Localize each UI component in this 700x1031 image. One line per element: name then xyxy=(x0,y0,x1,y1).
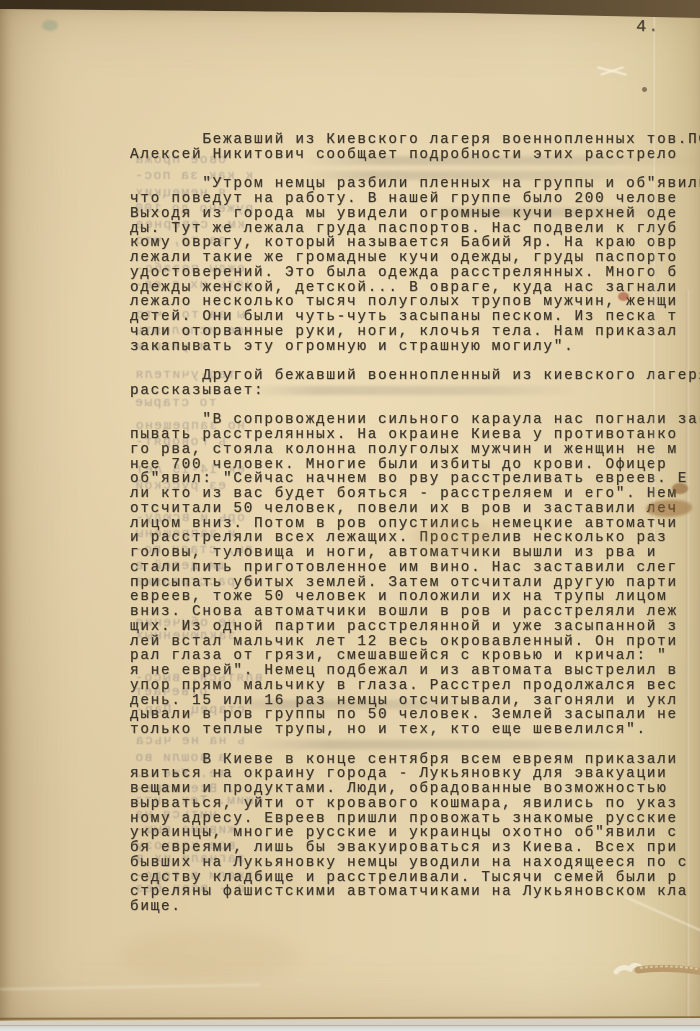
text-line: В Киеве в конце сентября всем евреям при… xyxy=(130,753,700,768)
text-line: Выходя из города мы увидели огромные куч… xyxy=(130,207,700,222)
text-line: стреляны фашистскими автоматчиками на Лу… xyxy=(130,885,700,900)
text-line: явиться на окраину города - Лукьяновку д… xyxy=(130,767,700,782)
typewritten-text: Бежавший из Киевского лагеря военнопленн… xyxy=(130,133,700,915)
text-line: головы, туловища и ноги, автоматчики выш… xyxy=(130,546,700,561)
scratch-mark xyxy=(597,63,627,79)
green-smudge xyxy=(42,20,58,31)
soft-stain xyxy=(410,520,500,554)
text-line: "В сопровождении сильного караула нас по… xyxy=(130,413,700,428)
text-line: только теплые трупы, но и тех, кто еще ш… xyxy=(130,723,700,738)
brown-stain-small xyxy=(672,483,688,494)
text-line: вырваться, уйти от кровавого кошмара, яв… xyxy=(130,797,700,812)
paragraph: Бежавший из Киевского лагеря военнопленн… xyxy=(130,133,700,163)
red-stain xyxy=(618,292,629,301)
text-line: Алексей Никитович сообщает подробности э… xyxy=(130,148,700,163)
paragraph: Другой бежавший военнопленный из киевско… xyxy=(130,369,700,399)
paragraph: "В сопровождении сильного караула нас по… xyxy=(130,413,700,738)
pink-paint-mark xyxy=(587,0,596,10)
text-line: я не еврей". Немец подбежал и из автомат… xyxy=(130,664,700,679)
text-line: присыпать убитых землей. Затем отсчитали… xyxy=(130,576,700,591)
text-line: бя евреями, лишь бы эвакуироваться из Ки… xyxy=(130,841,700,856)
text-line: бывших на Лукьяновку немцы уводили на на… xyxy=(130,856,700,871)
text-line: рассказывает: xyxy=(130,384,700,399)
text-line: чали оторванные руки, ноги, клочья тела.… xyxy=(130,325,700,340)
soft-stain xyxy=(120,930,300,980)
text-line: закапывать эту огромную и страшную могил… xyxy=(130,340,700,355)
text-line: бище. xyxy=(130,900,700,915)
text-line: рал глаза от грязи, смешавшейся с кровью… xyxy=(130,649,700,664)
text-line: вещами и продуктами. Люди, обрадованные … xyxy=(130,782,700,797)
text-line: отсчитали 50 человек, повели их в ров и … xyxy=(130,502,700,517)
text-line: щих. Из одной партии расстрелянной и уже… xyxy=(130,620,700,635)
text-line: удостоверений. Это была одежда расстреля… xyxy=(130,266,700,281)
vertical-crease xyxy=(653,0,656,540)
bottom-wrinkle xyxy=(0,984,260,991)
right-edge-fold xyxy=(686,290,689,1030)
text-line: детей. Они были чуть-чуть засыпаны песко… xyxy=(130,310,700,325)
text-line: вниз. Снова автоматчики вошли в ров и ра… xyxy=(130,605,700,620)
paper-thread xyxy=(610,956,700,990)
page-number: 4. xyxy=(636,18,660,37)
text-line: упор прямо мальчику в глаза. Расстрел пр… xyxy=(130,679,700,694)
under-sheet-edge xyxy=(0,1025,700,1031)
text-line: украинцы, многие русские и украинцы охот… xyxy=(130,826,700,841)
text-line: об"явил: "Сейчас начнем во рву расстрели… xyxy=(130,472,700,487)
text-line: евреев, тоже 50 человек и положили их на… xyxy=(130,590,700,605)
paragraph: В Киеве в конце сентября всем евреям при… xyxy=(130,753,700,915)
text-line: лежало несколько тысяч полуголых трупов … xyxy=(130,295,700,310)
text-line: Бежавший из Киевского лагеря военнопленн… xyxy=(130,133,700,148)
text-line: дывали в ров группы по 50 человек. Земле… xyxy=(130,708,700,723)
paper-page: овое прожак как за пос-я немецкихружено … xyxy=(0,0,700,1031)
text-line: стали пить приготовленное им вино. Нас з… xyxy=(130,561,700,576)
text-line: Другой бежавший военнопленный из киевско… xyxy=(130,369,700,384)
text-line: лежали такие же громадные кучи одежды, г… xyxy=(130,251,700,266)
text-line: одежды женской, детской... В овраге, куд… xyxy=(130,281,700,296)
text-line: что поведут на работу. В нашей группе бы… xyxy=(130,192,700,207)
text-line: ли кто из вас будет бояться - расстреляе… xyxy=(130,487,700,502)
text-line: "Утром немцы разбили пленных на группы и… xyxy=(130,177,700,192)
document-scan: овое прожак как за пос-я немецкихружено … xyxy=(0,0,700,1031)
paragraph: "Утром немцы разбили пленных на группы и… xyxy=(130,177,700,354)
text-line: пывать расстрелянных. На окраине Киева у… xyxy=(130,428,700,443)
text-line: кому оврагу, который называется Бабий Яр… xyxy=(130,236,700,251)
ink-dot xyxy=(642,87,647,92)
text-line: го рва, стояла колонна полуголых мужчин … xyxy=(130,443,700,458)
